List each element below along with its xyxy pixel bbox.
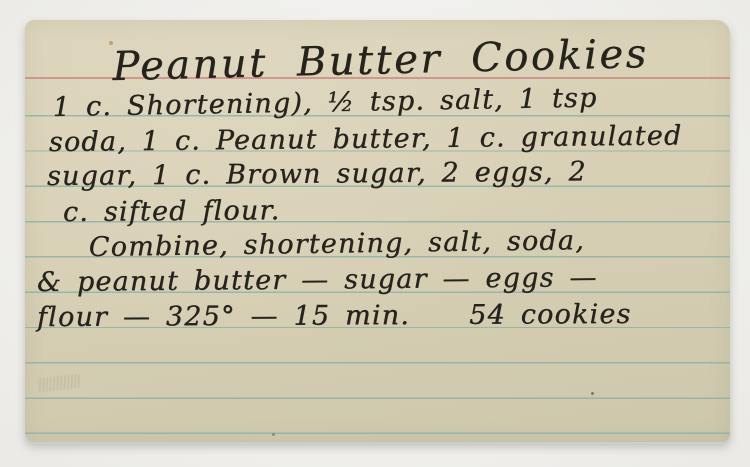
- paper-speck: [272, 433, 275, 436]
- index-card: Peanut Butter Cookies 1 c. Shortening), …: [25, 20, 730, 442]
- recipe-line-4: c. sifted flour.: [63, 195, 281, 228]
- recipe-line-3: sugar, 1 c. Brown sugar, 2 eggs, 2: [47, 156, 587, 192]
- paper-speck: [109, 41, 113, 45]
- photo-background: Peanut Butter Cookies 1 c. Shortening), …: [0, 0, 750, 467]
- recipe-line-7: flour — 325° — 15 min. 54 cookies: [37, 299, 632, 333]
- recipe-line-6: & peanut butter — sugar — eggs —: [37, 262, 598, 298]
- paper-speck: [591, 392, 594, 395]
- recipe-title: Peanut Butter Cookies: [112, 31, 649, 90]
- recipe-line-2: soda, 1 c. Peanut butter, 1 c. granulate…: [49, 120, 683, 158]
